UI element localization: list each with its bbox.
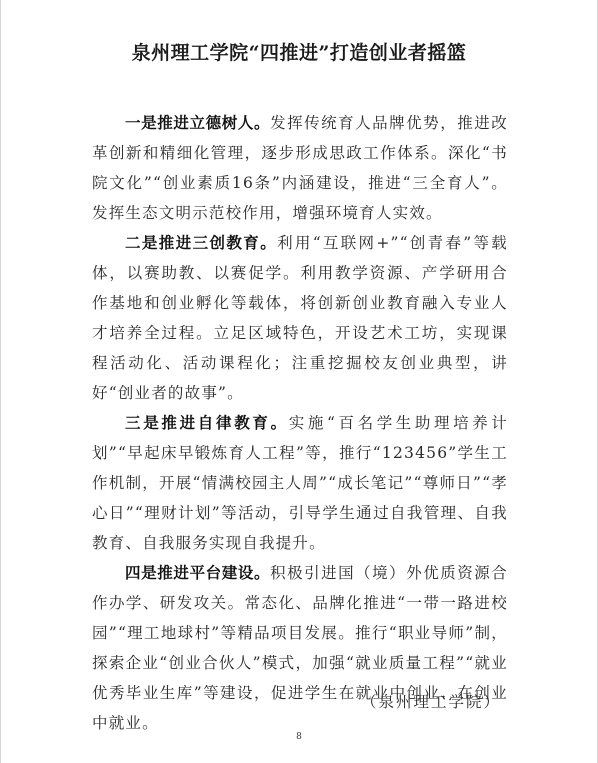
signature: （泉州理工学院） [361,690,501,712]
paragraph-lead: 三是推进自律教育。 [125,413,289,432]
paragraph-self-discipline-education: 三是推进自律教育。实施“百名学生助理培养计划”“早起床早锻炼育人工程”等，推行“… [92,408,508,558]
paragraph-text: 利用“互联网+”“创青春”等载体，以赛助教、以赛促学。利用教学资源、产学研用合作… [92,234,508,402]
paragraph-lead: 一是推进立德树人。 [125,113,270,132]
paragraph-text: 实施“百名学生助理培养计划”“早起床早锻炼育人工程”等，推行“123456”学生… [92,414,508,552]
document-page: 泉州理工学院“四推进”打造创业者摇篮 一是推进立德树人。发挥传统育人品牌优势，推… [0,0,598,763]
paragraph-lead: 四是推进平台建设。 [125,563,270,582]
paragraph-innovation-education: 二是推进三创教育。利用“互联网+”“创青春”等载体，以赛助教、以赛促学。利用教学… [92,228,508,408]
document-body: 一是推进立德树人。发挥传统育人品牌优势，推进改革创新和精细化管理，逐步形成思政工… [92,108,508,738]
paragraph-moral-education: 一是推进立德树人。发挥传统育人品牌优势，推进改革创新和精细化管理，逐步形成思政工… [92,108,508,228]
page-number: 8 [1,732,597,742]
paragraph-lead: 二是推进三创教育。 [125,233,277,252]
document-title: 泉州理工学院“四推进”打造创业者摇篮 [1,38,597,65]
